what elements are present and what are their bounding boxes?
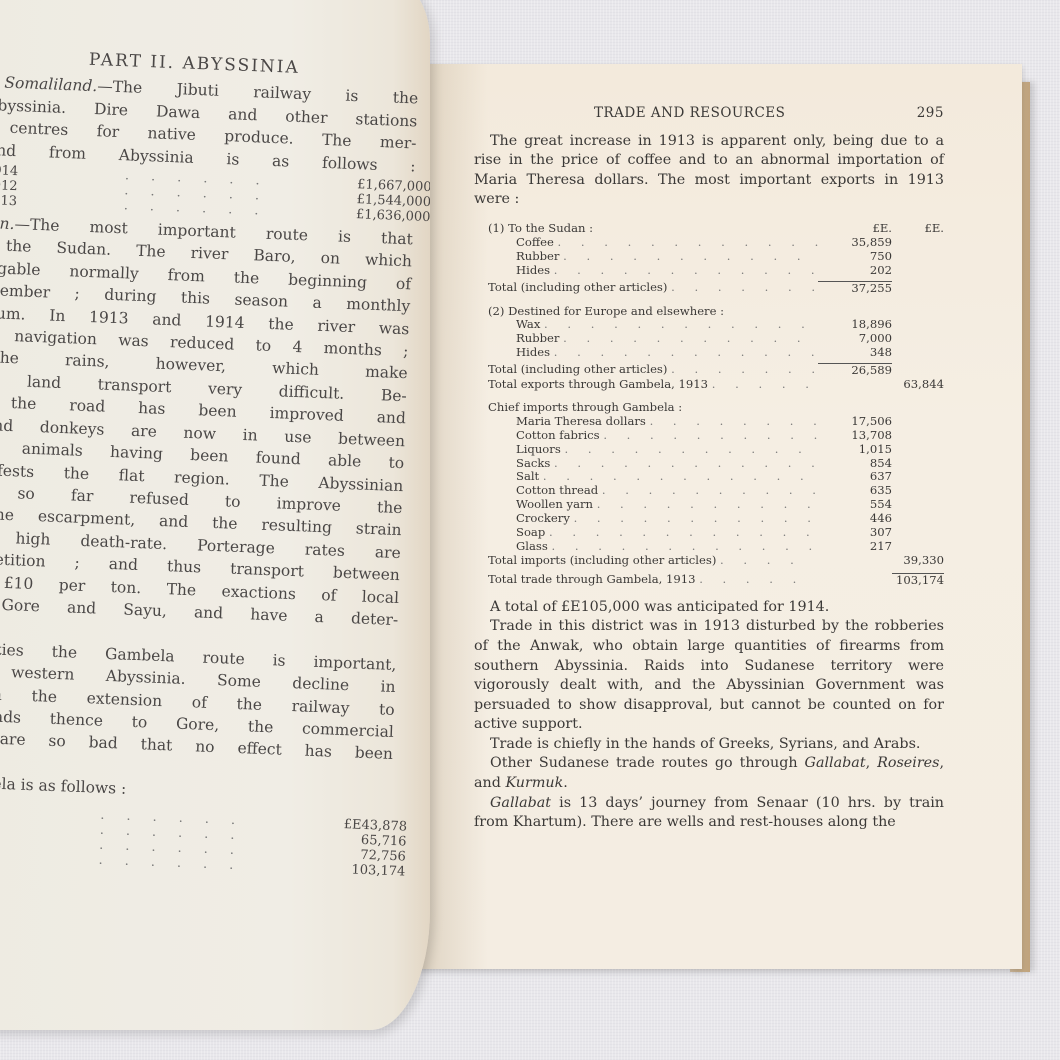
paragraph-routes: Other Sudanese trade routes go through G… [474, 754, 944, 793]
item-label: Crockery [516, 512, 570, 525]
table-row: Cotton thread . . . . . . . . . . .635 [474, 484, 944, 498]
item-label: Hides [516, 264, 550, 277]
item-label: Coffee [516, 236, 554, 249]
item-label: Glass [516, 540, 548, 553]
place-gallabat: Gallabat [805, 755, 866, 771]
item-value: 446 [818, 512, 892, 526]
item-value: 18,896 [818, 318, 892, 332]
trade-total-label: Total trade through Gambela, 1913 [488, 573, 696, 586]
item-value: 202 [818, 264, 892, 278]
table-row: Rubber . . . . . . . . . . . .7,000 [474, 332, 944, 346]
item-value: 13,708 [818, 429, 892, 443]
right-page-content: TRADE AND RESOURCES 295 The great increa… [474, 104, 944, 833]
table-row: Total (including other articles) . . . .… [474, 363, 944, 378]
total-label: Total (including other articles) [488, 363, 667, 376]
place-roseires: Roseires [877, 755, 939, 771]
item-label: Sacks [516, 457, 550, 470]
exports-total-label: Total exports through Gambela, 1913 [488, 378, 708, 391]
left-page-content: PART II. ABYSSINIA ith French Somaliland… [0, 0, 430, 1060]
item-value: 348 [818, 346, 892, 360]
table-header-row: (1) To the Sudan : £E. £E. [474, 222, 944, 236]
table-row: Liquors . . . . . . . . . . . .1,015 [474, 443, 944, 457]
text: Other Sudanese trade routes go through [490, 755, 805, 771]
total-value: 37,255 [818, 281, 892, 296]
item-label: Rubber [516, 332, 559, 345]
section-heading: (1) To the Sudan : [474, 222, 818, 236]
table-row: Chief imports through Gambela : [474, 401, 944, 415]
item-value: 1,015 [818, 443, 892, 457]
table-row: Crockery . . . . . . . . . . . .446 [474, 512, 944, 526]
table-row: (2) Destined for Europe and elsewhere : [474, 305, 944, 319]
item-value: 7,000 [818, 332, 892, 346]
table-row: Soap . . . . . . . . . . . .307 [474, 526, 944, 540]
item-label: Wax [516, 318, 540, 331]
running-header: TRADE AND RESOURCES 295 [474, 104, 944, 124]
table-row: Hides . . . . . . . . . . . .348 [474, 346, 944, 360]
section-french-somaliland: ith French Somaliland.—The Jibuti railwa… [0, 66, 419, 177]
text: , [866, 755, 878, 771]
running-head-title: TRADE AND RESOURCES [594, 104, 785, 124]
imports-total-value: 39,330 [892, 554, 944, 568]
paragraph-anwak: Trade in this district was in 1913 distu… [474, 617, 944, 735]
exports-total-value: 63,844 [892, 378, 944, 392]
item-label: Cotton fabrics [516, 429, 600, 442]
column-header: £E. [818, 222, 892, 236]
paragraph-traders: Trade is chiefly in the hands of Greeks,… [474, 735, 944, 755]
item-label: Liquors [516, 443, 561, 456]
item-value: 635 [818, 484, 892, 498]
table-row: Salt . . . . . . . . . . . .637 [474, 470, 944, 484]
table-gambela-trade: 0......£E43,8781......65,7162......72,75… [0, 802, 391, 878]
place-kurmuk: Kurmuk [505, 775, 563, 791]
item-value: 17,506 [818, 415, 892, 429]
table-row: Total exports through Gambela, 1913 . . … [474, 378, 944, 392]
section-sudan: ith the Sudan.—The most important route … [0, 207, 413, 811]
item-value: 854 [818, 457, 892, 471]
item-label: Soap [516, 526, 545, 539]
item-label: Rubber [516, 250, 559, 263]
table-row: Woollen yarn . . . . . . . . . . .554 [474, 498, 944, 512]
item-value: 217 [818, 540, 892, 554]
trade-total-value: 103,174 [892, 573, 944, 588]
intro-paragraph: The great increase in 1913 is apparent o… [474, 132, 944, 210]
paragraph-anticipated: A total of £E105,000 was anticipated for… [474, 598, 944, 618]
column-header: £E. [892, 222, 944, 236]
table-row: Coffee . . . . . . . . . . . .35,859 [474, 236, 944, 250]
table-row: Hides . . . . . . . . . . . .202 [474, 264, 944, 278]
section-heading: Chief imports through Gambela : [474, 401, 818, 415]
table-row: Total trade through Gambela, 1913 . . . … [474, 573, 944, 588]
text: . [563, 775, 568, 791]
table-row: Rubber . . . . . . . . . . . .750 [474, 250, 944, 264]
item-value: 35,859 [818, 236, 892, 250]
table-row: Glass . . . . . . . . . . . .217 [474, 540, 944, 554]
item-label: Hides [516, 346, 550, 359]
item-label: Salt [516, 470, 539, 483]
paragraph-gallabat: Gallabat is 13 days’ journey from Senaar… [474, 794, 944, 833]
imports-total-label: Total imports (including other articles) [488, 554, 716, 567]
item-value: 637 [818, 470, 892, 484]
total-label: Total (including other articles) [488, 281, 667, 294]
table-row: Wax . . . . . . . . . . . .18,896 [474, 318, 944, 332]
item-value: 307 [818, 526, 892, 540]
page-number: 295 [917, 104, 944, 124]
item-value: 554 [818, 498, 892, 512]
table-row: Total (including other articles) . . . .… [474, 281, 944, 296]
trade-table: (1) To the Sudan : £E. £E. Coffee . . . … [474, 222, 944, 588]
place-gallabat: Gallabat [490, 795, 551, 811]
item-label: Maria Theresa dollars [516, 415, 646, 428]
table-row: Cotton fabrics . . . . . . . . . . .13,7… [474, 429, 944, 443]
item-value: 750 [818, 250, 892, 264]
table-row: Sacks . . . . . . . . . . . .854 [474, 457, 944, 471]
item-label: Woollen yarn [516, 498, 593, 511]
table-row: Total imports (including other articles)… [474, 554, 944, 568]
total-value: 26,589 [818, 363, 892, 378]
item-label: Cotton thread [516, 484, 598, 497]
section-heading: (2) Destined for Europe and elsewhere : [474, 305, 818, 319]
table-row: Maria Theresa dollars . . . . . . . . .1… [474, 415, 944, 429]
